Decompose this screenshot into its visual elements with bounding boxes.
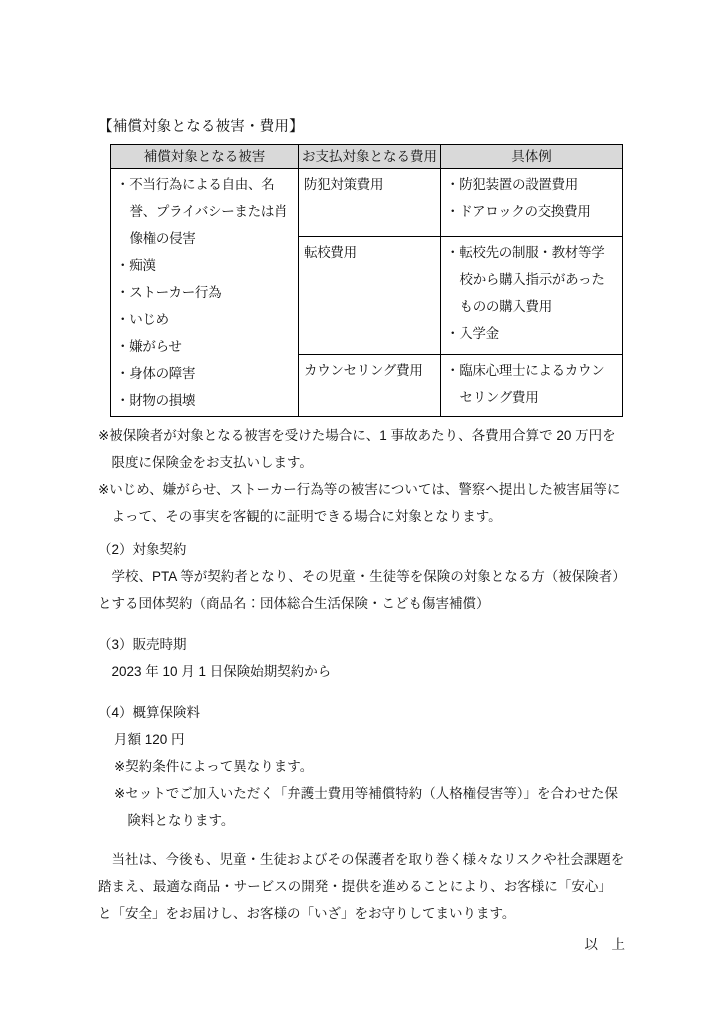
document-title: 【補償対象となる被害・費用】 xyxy=(98,116,625,138)
list-item: ・いじめ xyxy=(116,306,293,333)
section-target-contract: （2）対象契約 学校、PTA 等が契約者となり、その児童・生徒等を保険の対象とな… xyxy=(98,536,625,617)
document-page: 【補償対象となる被害・費用】 補償対象となる被害 お支払対象となる費用 具体例 … xyxy=(0,0,724,1024)
cost-cell: 防犯対策費用 xyxy=(299,169,441,237)
list-item: ・身体の障害 xyxy=(116,360,293,387)
column-header-cost: お支払対象となる費用 xyxy=(299,145,441,169)
note-proof-requirement: ※いじめ、嫌がらせ、ストーカー行為等の被害については、警察へ提出した被害届等によ… xyxy=(98,476,625,530)
list-item: ・転校先の制服・教材等学校から購入指示があったものの購入費用 xyxy=(446,239,617,320)
list-item: ・ストーカー行為 xyxy=(116,279,293,306)
list-item: ※契約条件によって異なります。 xyxy=(114,753,625,780)
sign-off: 以 上 xyxy=(98,931,625,958)
section-lines: 月額 120 円※契約条件によって異なります。※セットでご加入いただく「弁護士費… xyxy=(98,726,625,834)
section-heading: （2）対象契約 xyxy=(98,536,625,563)
list-item: ・財物の損壊 xyxy=(116,387,293,414)
column-header-example: 具体例 xyxy=(441,145,623,169)
list-item: ・嫌がらせ xyxy=(116,333,293,360)
example-cell: ・臨床心理士によるカウンセリング費用 xyxy=(441,355,623,417)
list-item: ・痴漢 xyxy=(116,252,293,279)
note-payment-limit: ※被保険者が対象となる被害を受けた場合に、1 事故あたり、各費用合算で 20 万… xyxy=(98,422,625,476)
list-item: ・ドアロックの交換費用 xyxy=(446,198,617,225)
column-header-damage: 補償対象となる被害 xyxy=(111,145,299,169)
list-item: ※セットでご加入いただく「弁護士費用等補償特約（人格権侵害等）」を合わせた保険料… xyxy=(114,780,625,834)
section-sales-period: （3）販売時期 2023 年 10 月 1 日保険始期契約から xyxy=(98,631,625,685)
table-row: ・不当行為による自由、名誉、プライバシーまたは肖像権の侵害・痴漢・ストーカー行為… xyxy=(111,169,623,237)
closing-paragraph: 当社は、今後も、児童・生徒およびその保護者を取り巻く様々なリスクや社会課題を踏ま… xyxy=(98,846,625,927)
cost-cell: 転校費用 xyxy=(299,237,441,355)
example-cell: ・防犯装置の設置費用・ドアロックの交換費用 xyxy=(441,169,623,237)
section-estimated-premium: （4）概算保険料 月額 120 円※契約条件によって異なります。※セットでご加入… xyxy=(98,699,625,834)
table-header-row: 補償対象となる被害 お支払対象となる費用 具体例 xyxy=(111,145,623,169)
list-item: ・臨床心理士によるカウンセリング費用 xyxy=(446,357,617,411)
coverage-table: 補償対象となる被害 お支払対象となる費用 具体例 ・不当行為による自由、名誉、プ… xyxy=(110,144,623,417)
section-heading: （4）概算保険料 xyxy=(98,699,625,726)
section-body: 2023 年 10 月 1 日保険始期契約から xyxy=(98,658,625,685)
list-item: ・不当行為による自由、名誉、プライバシーまたは肖像権の侵害 xyxy=(116,171,293,252)
list-item: ・入学金 xyxy=(446,320,617,347)
section-body: 学校、PTA 等が契約者となり、その児童・生徒等を保険の対象となる方（被保険者）… xyxy=(98,563,625,617)
list-item: 月額 120 円 xyxy=(114,726,625,753)
damage-list-cell: ・不当行為による自由、名誉、プライバシーまたは肖像権の侵害・痴漢・ストーカー行為… xyxy=(111,169,299,417)
notes-block: ※被保険者が対象となる被害を受けた場合に、1 事故あたり、各費用合算で 20 万… xyxy=(98,422,625,530)
cost-cell: カウンセリング費用 xyxy=(299,355,441,417)
list-item: ・防犯装置の設置費用 xyxy=(446,171,617,198)
section-heading: （3）販売時期 xyxy=(98,631,625,658)
example-cell: ・転校先の制服・教材等学校から購入指示があったものの購入費用・入学金 xyxy=(441,237,623,355)
